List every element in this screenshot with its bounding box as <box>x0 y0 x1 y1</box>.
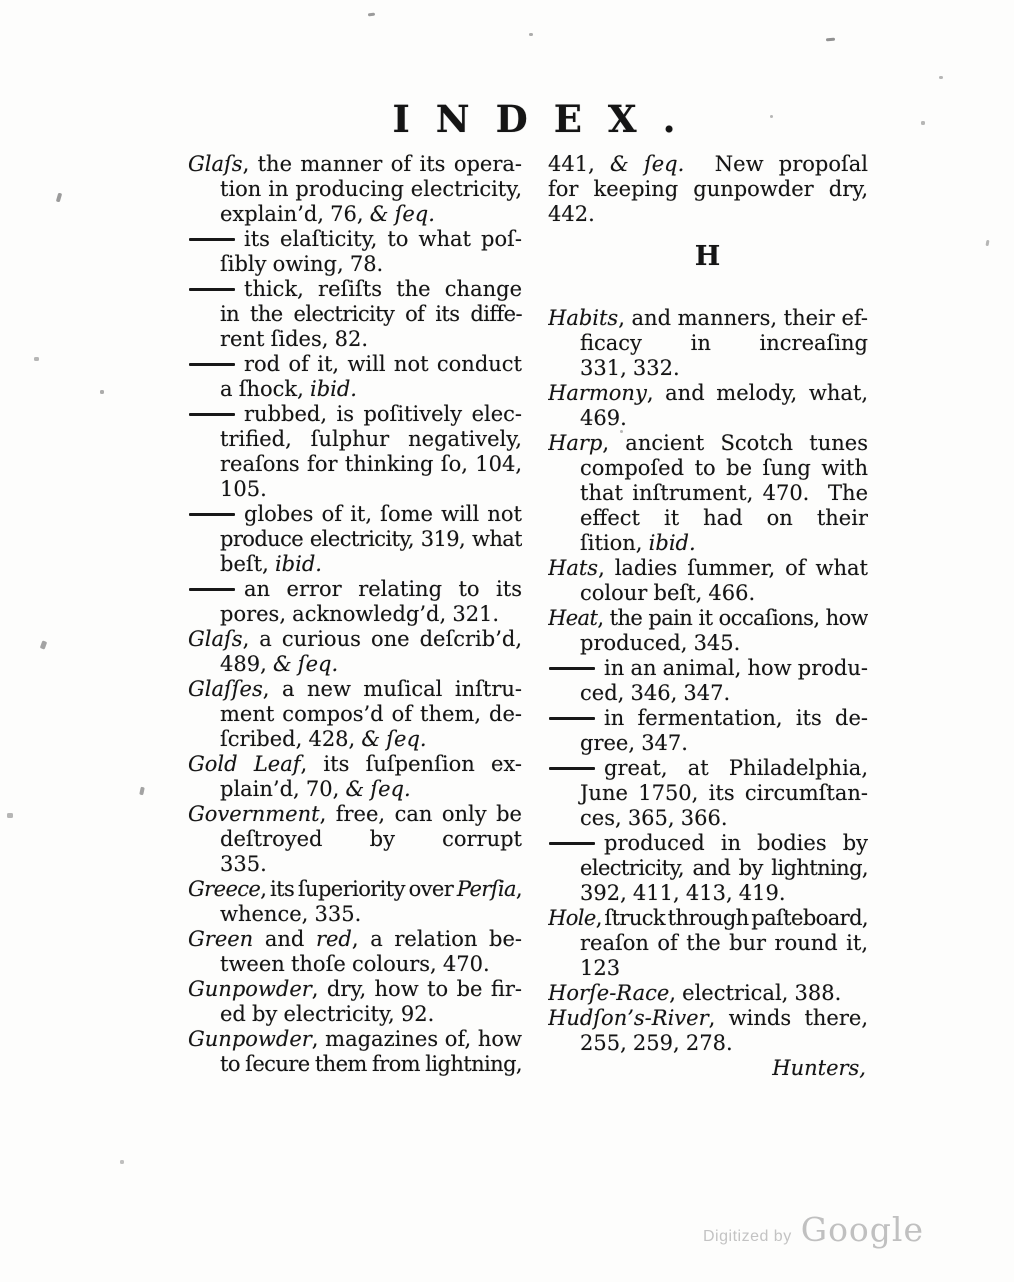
index-line: Government, free, can only be <box>188 802 522 827</box>
index-line: Habits, and manners, their ef- <box>548 306 868 331</box>
index-line: produce electricity, 319, what <box>188 527 522 552</box>
index-line: compoſed to be ſung with <box>548 456 868 481</box>
google-watermark: Digitized by Google <box>703 1210 924 1249</box>
scan-speckle <box>120 1160 124 1164</box>
index-line: reaſons for thinking ſo, 104, <box>188 452 522 477</box>
scan-speckle <box>368 13 375 17</box>
ditto-dash <box>549 667 595 670</box>
index-line: ced, 346, 347. <box>548 681 868 706</box>
index-line: 123 <box>548 956 868 981</box>
scan-speckle <box>986 240 990 246</box>
index-line: 105. <box>188 477 522 502</box>
index-line: Hats, ladies ſummer, of what <box>548 556 868 581</box>
index-line: great, at Philadelphia, <box>548 756 868 781</box>
index-line: ſibly owing, 78. <box>188 252 522 277</box>
index-line: 331, 332. <box>548 356 868 381</box>
watermark-text: Digitized by <box>703 1228 792 1246</box>
index-line: effect it had on their compo- <box>548 506 868 531</box>
index-line: for keeping gunpowder dry, <box>548 177 868 202</box>
index-line: ment compos’d of them, de- <box>188 702 522 727</box>
ditto-dash <box>189 363 235 366</box>
index-columns: Glaſs, the manner of its opera-tion in p… <box>188 152 888 1081</box>
index-line: colour beſt, 466. <box>548 581 868 606</box>
scan-speckle <box>529 33 533 36</box>
index-line: globes of it, ſome will not <box>188 502 522 527</box>
scan-speckle <box>770 115 773 118</box>
index-line: in an animal, how produ- <box>548 656 868 681</box>
scan-speckle <box>40 640 47 649</box>
index-line: June 1750, its circumſtan- <box>548 781 868 806</box>
index-line: Green and red, a relation be- <box>188 927 522 952</box>
index-line: plain’d, 70, & ſeq. <box>188 777 522 802</box>
index-line: a ſhock, ibid. <box>188 377 522 402</box>
index-line: whence, 335. <box>188 902 522 927</box>
ditto-dash <box>549 842 595 845</box>
index-line: that inſtrument, 470. The <box>548 481 868 506</box>
section-heading: H <box>548 241 868 273</box>
index-column-right: 441, & ſeq. New propoſalfor keeping gunp… <box>548 152 868 1081</box>
index-line: Horſe-Race, electrical, 388. <box>548 981 868 1006</box>
index-line: Gold Leaf, its ſuſpenſion ex- <box>188 752 522 777</box>
index-line: tween thoſe colours, 470. <box>188 952 522 977</box>
index-line: gree, 347. <box>548 731 868 756</box>
index-line: in the electricity of its diffe- <box>188 302 522 327</box>
page-title: INDEX. <box>188 98 880 140</box>
index-line: Harp, ancient Scotch tunes <box>548 431 868 456</box>
index-line: Greece, its ſuperiority over Perſia, <box>188 877 522 902</box>
scan-speckle <box>56 193 62 203</box>
index-line: 335. <box>188 852 522 877</box>
scan-speckle <box>939 76 943 79</box>
scan-speckle <box>139 787 145 796</box>
index-line: 392, 411, 413, 419. <box>548 881 868 906</box>
google-logo: Google <box>801 1210 924 1249</box>
index-line: its elaſticity, to what poſ- <box>188 227 522 252</box>
index-line: beſt, ibid. <box>188 552 522 577</box>
index-line: reaſon of the bur round it, <box>548 931 868 956</box>
index-line: tion in producing electricity, <box>188 177 522 202</box>
index-line: 489, & ſeq. <box>188 652 522 677</box>
ditto-dash <box>189 413 235 416</box>
index-line: ed by electricity, 92. <box>188 1002 522 1027</box>
index-line: Hole, ſtruck through paſteboard, <box>548 906 868 931</box>
index-line: deſtroyed by corrupt manners, <box>188 827 522 852</box>
index-line: 255, 259, 278. <box>548 1031 868 1056</box>
index-line: an error relating to its <box>188 577 522 602</box>
index-line: trified, ſulphur negatively, <box>188 427 522 452</box>
scan-speckle <box>100 390 104 394</box>
index-line: Heat, the pain it occaſions, how <box>548 606 868 631</box>
index-line: ſcribed, 428, & ſeq. <box>188 727 522 752</box>
index-line: pores, acknowledg’d, 321. <box>188 602 522 627</box>
index-line: Glaſs, the manner of its opera- <box>188 152 522 177</box>
index-line: Harmony, and melody, what, <box>548 381 868 406</box>
scan-speckle <box>921 121 925 125</box>
index-line: Hudſon’s-River, winds there, <box>548 1006 868 1031</box>
index-line: Glaſſes, a new muſical inſtru- <box>188 677 522 702</box>
scan-speckle <box>620 430 623 433</box>
index-line: in fermentation, its de- <box>548 706 868 731</box>
index-column-left: Glaſs, the manner of its opera-tion in p… <box>188 152 522 1081</box>
index-line: to ſecure them from lightning, <box>188 1052 522 1077</box>
index-line: rubbed, is poſitively elec- <box>188 402 522 427</box>
index-line: 441, & ſeq. New propoſal <box>548 152 868 177</box>
scan-speckle <box>34 357 39 361</box>
catchword: Hunters, <box>548 1056 868 1081</box>
ditto-dash <box>189 513 235 516</box>
ditto-dash <box>189 588 235 591</box>
index-line: explain’d, 76, & ſeq. <box>188 202 522 227</box>
index-line: produced in bodies by <box>548 831 868 856</box>
index-line: electricity, and by lightning, <box>548 856 868 881</box>
scan-speckle <box>826 38 835 42</box>
index-line: Glaſs, a curious one deſcrib’d, <box>188 627 522 652</box>
index-line: produced, 345. <box>548 631 868 656</box>
scanned-book-page: INDEX. Glaſs, the manner of its opera-ti… <box>0 0 1014 1282</box>
index-line: rod of it, will not conduct <box>188 352 522 377</box>
ditto-dash <box>189 288 235 291</box>
ditto-dash <box>549 717 595 720</box>
index-line: Gunpowder, dry, how to be fir- <box>188 977 522 1002</box>
index-line: ficacy in increaſing mankind, <box>548 331 868 356</box>
index-line: thick, reſiſts the change <box>188 277 522 302</box>
ditto-dash <box>549 767 595 770</box>
index-line: Gunpowder, magazines of, how <box>188 1027 522 1052</box>
scan-speckle <box>7 813 13 818</box>
index-line: ſition, ibid. <box>548 531 868 556</box>
index-line: rent ſides, 82. <box>188 327 522 352</box>
index-line: 442. <box>548 202 868 227</box>
ditto-dash <box>189 238 235 241</box>
index-line: ces, 365, 366. <box>548 806 868 831</box>
index-line: 469. <box>548 406 868 431</box>
